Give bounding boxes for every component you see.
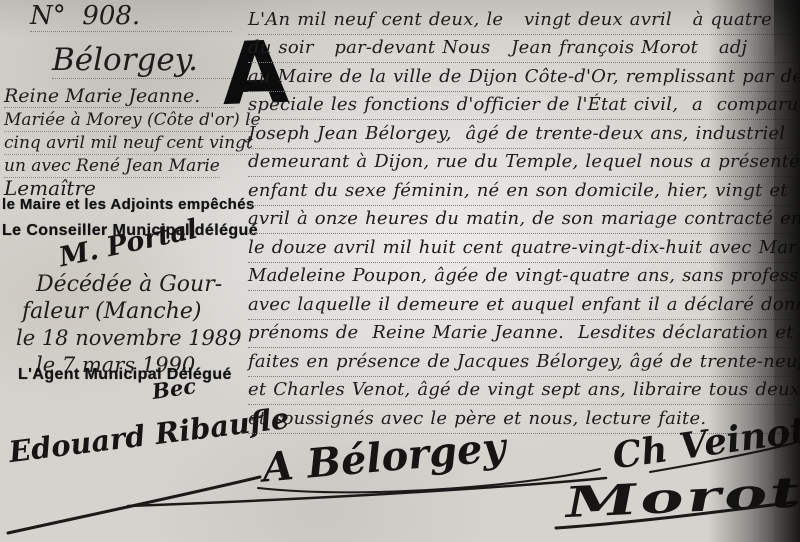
marriage-note-line: cinq avril mil neuf cent vingt <box>4 133 253 155</box>
act-text-line: enfant du sexe féminin, né en son domici… <box>248 177 796 206</box>
act-text-line: spéciale les fonctions d'officier de l'É… <box>248 91 796 120</box>
marriage-note-line: un avec René Jean Marie <box>4 156 220 178</box>
act-text-line: avec laquelle il demeure et auquel enfan… <box>248 291 796 320</box>
officer-signature: Morot <box>562 467 800 527</box>
marriage-note-line: Mariée à Morey (Côte d'or) le <box>4 110 261 132</box>
agent-signature: Bec <box>150 373 197 404</box>
act-text-line: Madeleine Poupon, âgée de vingt-quatre a… <box>248 262 796 291</box>
scanned-birth-record: N° 908. Bélorgey. Reine Marie Jeanne. Ma… <box>0 0 800 542</box>
mayor-stamp-line-1: le Maire et les Adjoints empêchés <box>2 196 255 213</box>
act-text-line: L'An mil neuf cent deux, le vingt deux a… <box>248 6 796 35</box>
agent-stamp: L'Agent Municipal Délégué <box>18 366 232 384</box>
death-note-line: faleur (Manche) <box>22 301 201 322</box>
act-text-line: avril à onze heures du matin, de son mar… <box>248 205 796 234</box>
act-text-line: au Maire de la ville de Dijon Côte-d'Or,… <box>248 63 796 92</box>
act-text-line: prénoms de Reine Marie Jeanne. Lesdites … <box>248 319 796 348</box>
death-note-line: le 18 novembre 1989 <box>16 328 242 349</box>
act-text-line: faites en présence de Jacques Bélorgey, … <box>248 348 796 377</box>
act-text-line: le douze avril mil huit cent quatre-ving… <box>248 234 796 263</box>
death-note-line: Décédée à Gour- <box>36 274 222 295</box>
act-text-line: demeurant à Dijon, rue du Temple, lequel… <box>248 148 796 177</box>
act-text-line: et Charles Venot, âgé de vingt sept ans,… <box>248 376 796 405</box>
act-text-line: du soir par-devant Nous Jean françois Mo… <box>248 34 796 63</box>
act-number: N° 908. <box>30 1 232 32</box>
margin-surname: Bélorgey. <box>52 42 238 79</box>
margin-given-names: Reine Marie Jeanne. <box>4 85 234 108</box>
act-text-line: Joseph Jean Bélorgey, âgé de trente-deux… <box>248 120 796 149</box>
